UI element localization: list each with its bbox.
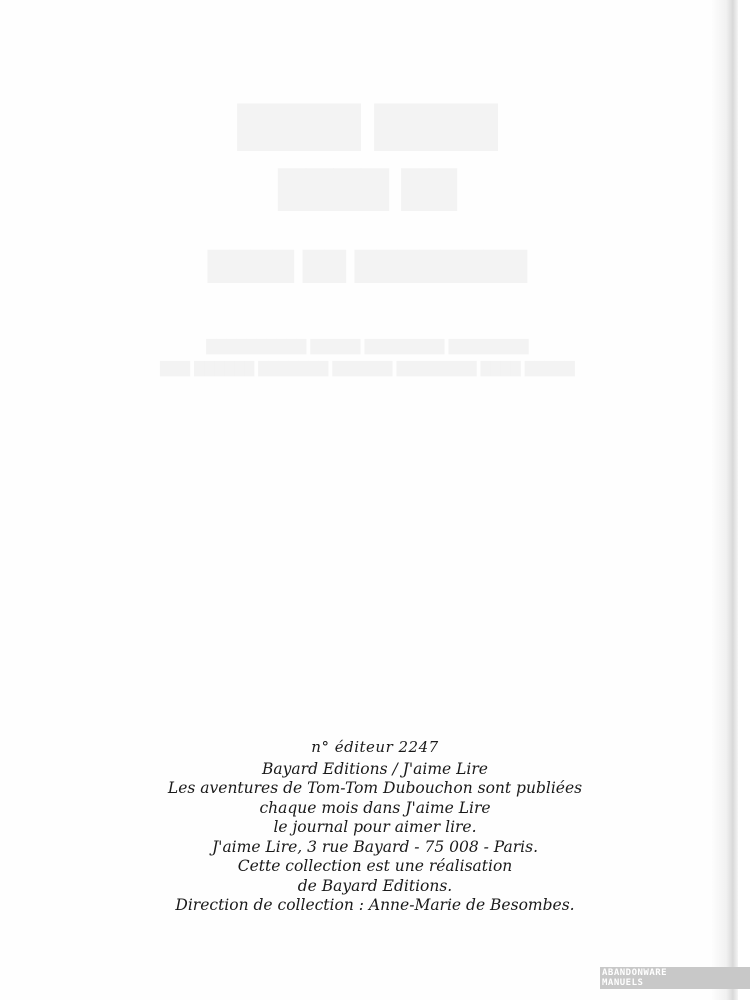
bleed-through-heading: ████████ ██ ████	[0, 250, 735, 283]
bleed-through-subtitle: ██ ████	[0, 170, 735, 211]
credit-line-address: J'aime Lire, 3 rue Bayard - 75 008 - Par…	[100, 838, 650, 858]
credit-line-publisher: Bayard Editions / J'aime Lire	[100, 760, 650, 780]
bleed-through-title: ████ ████	[0, 105, 735, 151]
watermark-logo: ABANDONWARE MANUELS	[600, 967, 750, 989]
credit-line-series: Les aventures de Tom-Tom Dubouchon sont …	[100, 779, 650, 799]
watermark-line-1: ABANDONWARE	[602, 968, 750, 978]
page-margin	[738, 0, 750, 1000]
page-edge-shadow	[712, 0, 738, 1000]
credit-line-editions: de Bayard Editions.	[100, 877, 650, 897]
watermark-line-2: MANUELS	[602, 978, 750, 988]
credits-block: n° éditeur 2247 Bayard Editions / J'aime…	[100, 738, 650, 916]
bleed-through-text: █████ ████ ████████ ██████ ███████ █████…	[0, 362, 735, 377]
booklet-page: ████ ████ ██ ████ ████████ ██ ████ █████…	[0, 0, 735, 1000]
credit-line-monthly: chaque mois dans J'aime Lire	[100, 799, 650, 819]
credit-line-journal: le journal pour aimer lire.	[100, 818, 650, 838]
publisher-number: n° éditeur 2247	[100, 738, 650, 758]
credit-line-collection: Cette collection est une réalisation	[100, 857, 650, 877]
bleed-through-text: ████████ ████████ █████ ██████████	[0, 340, 735, 355]
credit-line-director: Direction de collection : Anne-Marie de …	[100, 896, 650, 916]
